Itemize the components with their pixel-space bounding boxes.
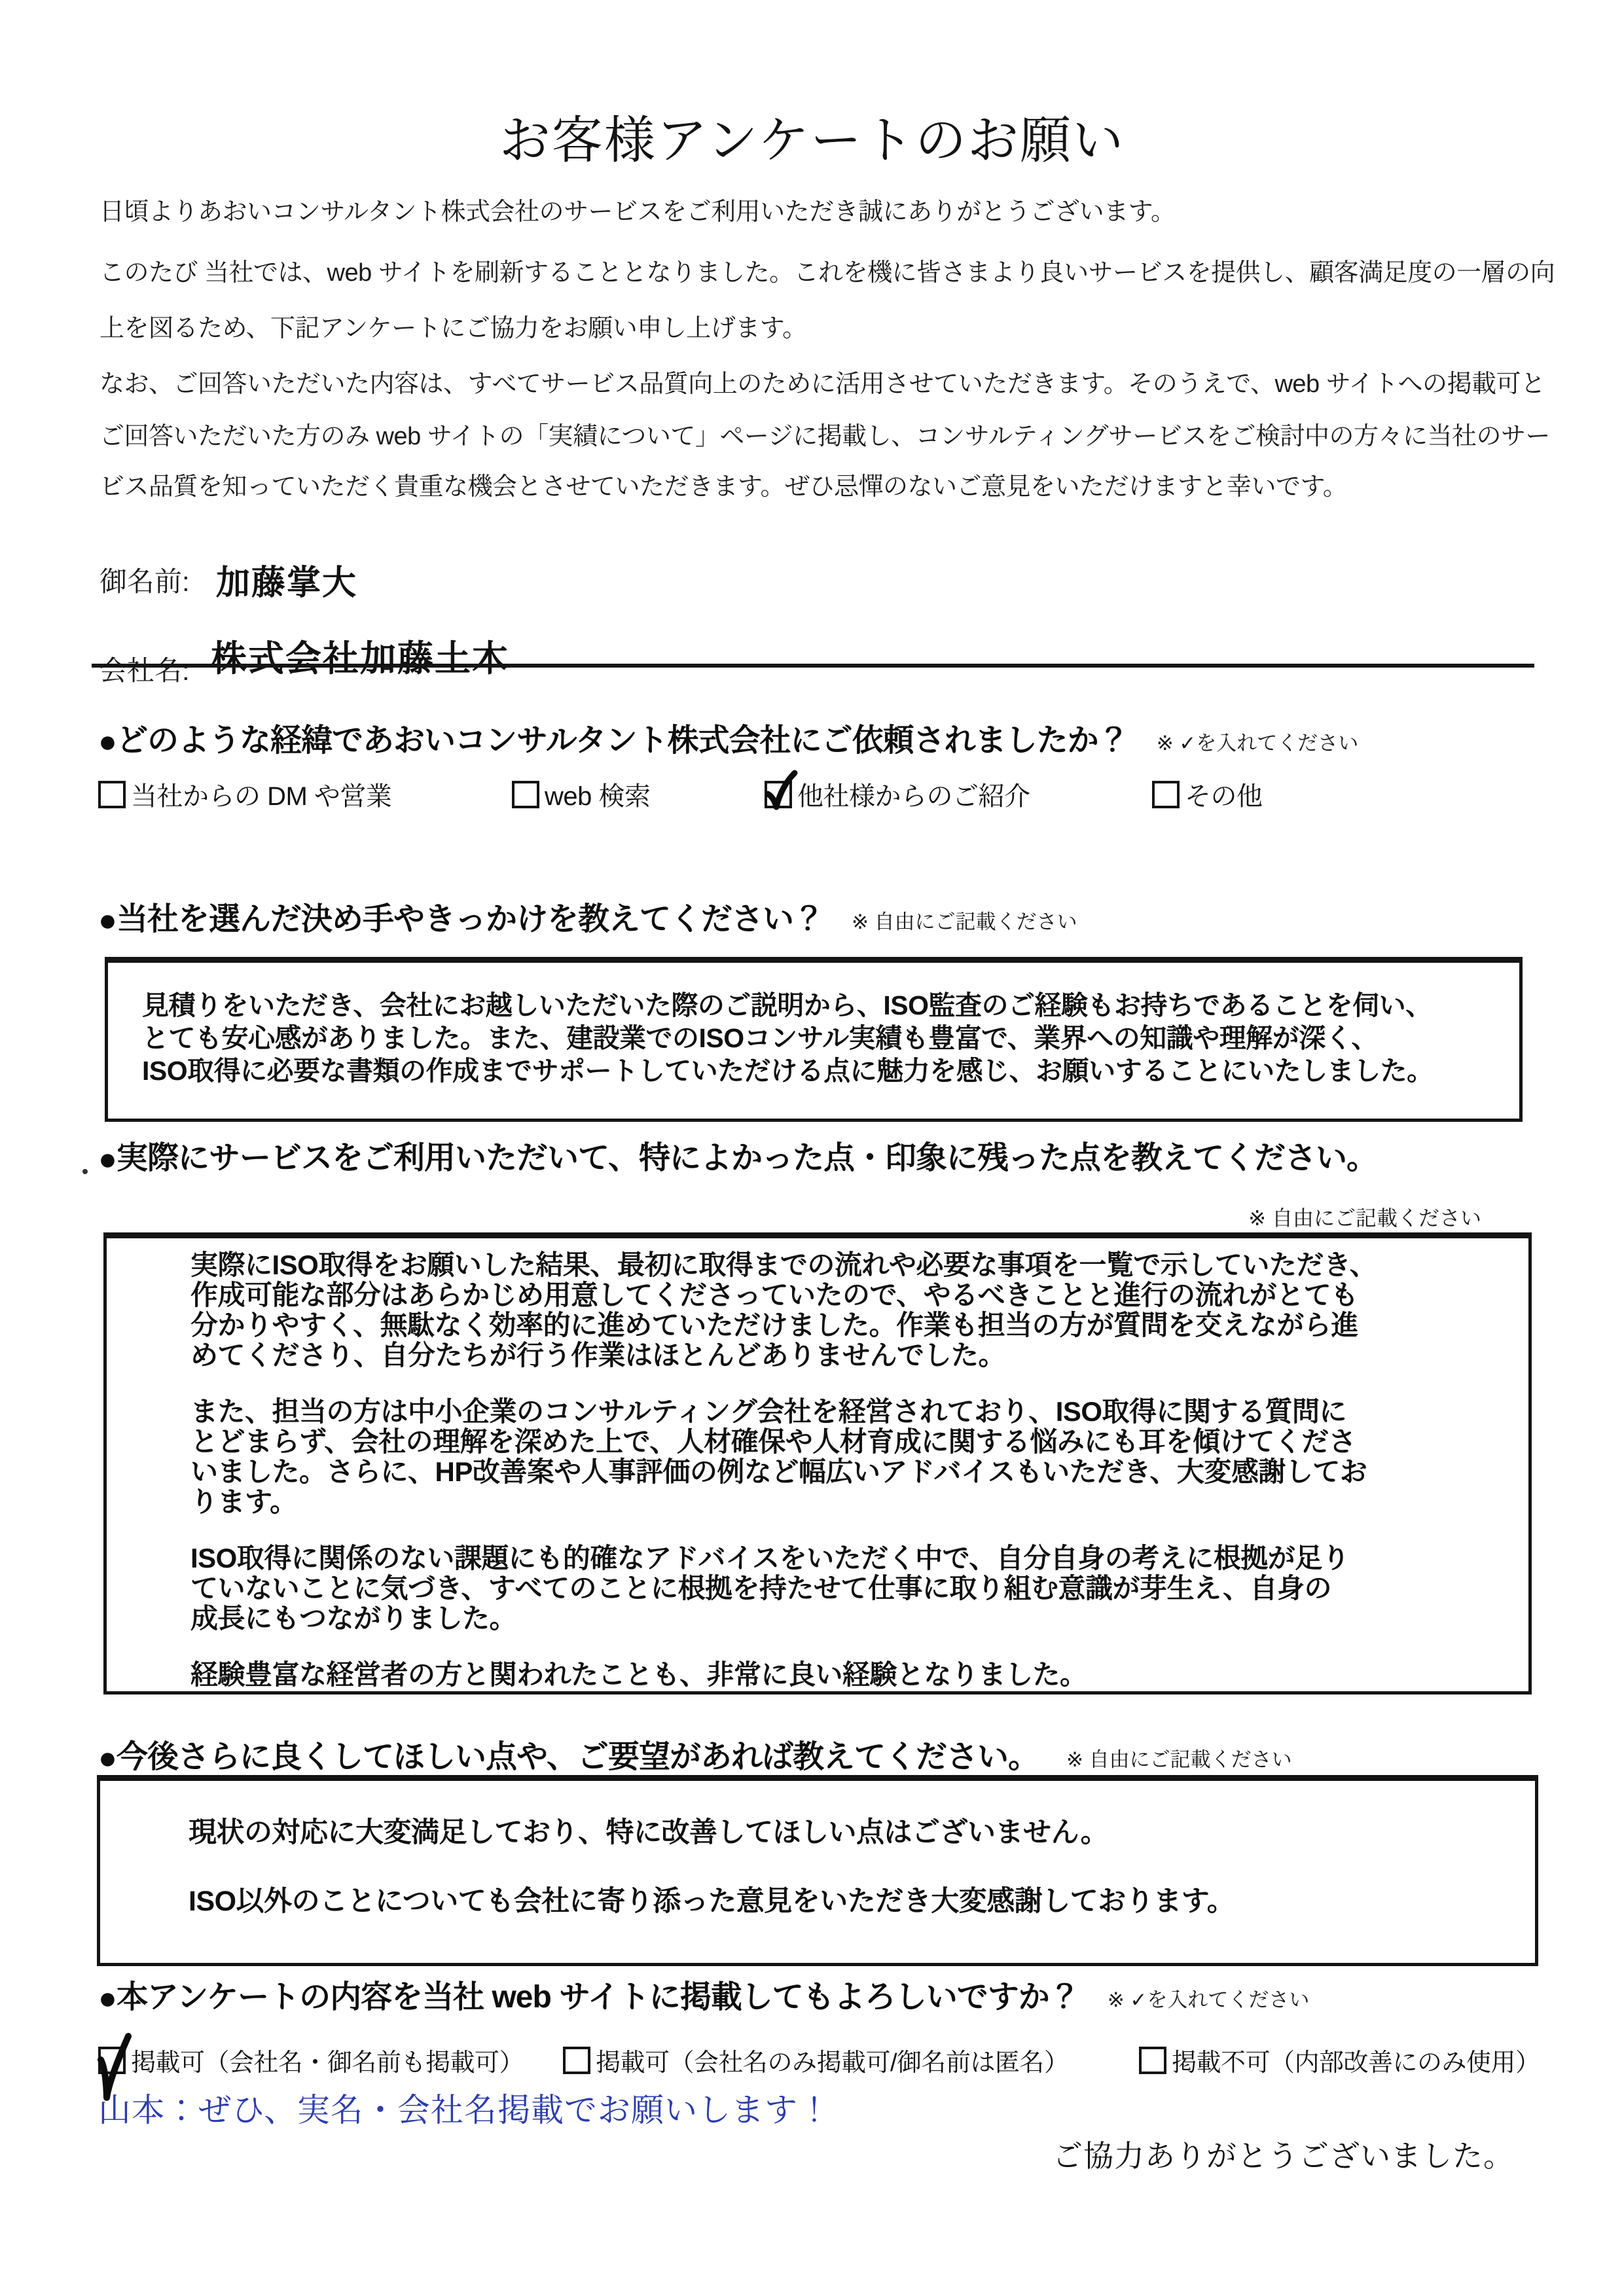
q5-heading: ●本アンケートの内容を当社 web サイトに掲載してもよろしいですか？ ※ ✓を… (98, 1971, 1564, 2017)
divider-line (92, 664, 1534, 668)
q4-answer-line: ISO以外のことについても会社に寄り添った意見をいただき大変感謝しております。 (189, 1886, 1515, 1916)
q3-answer-line: ります。 (190, 1487, 1509, 1517)
q1-heading: ●どのような経緯であおいコンサルタント株式会社にご依頼されましたか？ ※ ✓を入… (98, 715, 1564, 760)
q3-answer-paragraph: ISO取得に関係のない課題にも的確なアドバイスをいただく中で、自分自身の考えに根… (190, 1543, 1509, 1634)
closing-thanks: ご協力ありがとうございました。 (1053, 2132, 1514, 2176)
q2-answer-box[interactable]: 見積りをいただき、会社にお越しいただいた際のご説明から、ISO監査のご経験もお持… (105, 957, 1523, 1122)
q3-answer-line: 実際にISO取得をお願いした結果、最初に取得までの流れや必要な事項を一覧で示して… (190, 1250, 1509, 1280)
handwritten-check-icon (759, 768, 800, 816)
q1-option-web-search: web 検索 (512, 776, 651, 813)
handwritten-staff-note: 山本：ぜひ、実名・会社名掲載でお願いします！ (98, 2084, 1538, 2131)
q5-options-row: 掲載可（会社名・御名前も掲載可） 掲載可（会社名のみ掲載可/御名前は匿名） 掲載… (0, 2042, 1624, 2081)
q3-heading-text: 実際にサービスをご利用いただいて、特によかった点・印象に残った点を教えてください… (117, 1132, 1377, 1177)
q3-answer-line: いました。さらに、HP改善案や人事評価の例など幅広いアドバイスもいただき、大変感… (190, 1457, 1509, 1487)
q3-answer-line: 分かりやすく、無駄なく効率的に進めていただけました。作業も担当の方が質問を交えな… (190, 1310, 1509, 1340)
q1-options-row: 当社からの DM や営業 web 検索 他社様からのご紹介 その他 (0, 776, 1624, 815)
bullet-icon: ● (98, 1981, 117, 2017)
q3-answer-line: ISO取得に関係のない課題にも的確なアドバイスをいただく中で、自分自身の考えに根… (190, 1543, 1509, 1573)
q2-note: ※ 自由にご記載ください (852, 905, 1077, 939)
scan-artifact-dot (82, 1169, 88, 1174)
bullet-icon: ● (98, 903, 117, 939)
q1-option-dm: 当社からの DM や営業 (98, 776, 391, 813)
q1-checkbox-dm[interactable] (98, 781, 126, 808)
survey-page: お客様アンケートのお願い 日頃よりあおいコンサルタント株式会社のサービスをご利用… (0, 0, 1624, 2296)
q3-answer-line: 経験豊富な経営者の方と関われたことも、非常に良い経験となりました。 (190, 1660, 1509, 1690)
q4-answer-line: 現状の対応に大変満足しており、特に改善してほしい点はございません。 (189, 1818, 1515, 1848)
q1-option-label: 当社からの DM や営業 (131, 776, 391, 813)
q4-heading-text: 今後さらに良くしてほしい点や、ご要望があれば教えてください。 (117, 1731, 1039, 1776)
page-title: お客様アンケートのお願い (0, 99, 1624, 173)
q1-heading-text: どのような経緯であおいコンサルタント株式会社にご依頼されましたか？ (117, 715, 1129, 760)
name-label: 御名前: (99, 560, 190, 600)
q5-option-company-only: 掲載可（会社名のみ掲載可/御名前は匿名） (563, 2042, 1069, 2078)
q3-answer-line: ていないことに気づき、すべてのことに根拠を持たせて仕事に取り組む意識が芽生え、自… (190, 1573, 1509, 1604)
q1-option-referral: 他社様からのご紹介 (765, 776, 1030, 813)
q3-answer-box[interactable]: 実際にISO取得をお願いした結果、最初に取得までの流れや必要な事項を一覧で示して… (103, 1232, 1532, 1695)
q5-option-label: 掲載不可（内部改善にのみ使用） (1172, 2042, 1540, 2078)
q4-answer-box[interactable]: 現状の対応に大変満足しており、特に改善してほしい点はございません。 ISO以外の… (97, 1775, 1538, 1966)
q2-heading: ●当社を選んだ決め手やきっかけを教えてください？ ※ 自由にご記載ください (98, 893, 1564, 939)
intro-line: ご回答いただいた方のみ web サイトの「実績について」ページに掲載し、コンサル… (99, 416, 1540, 452)
q5-checkbox-no-permission[interactable] (1139, 2047, 1166, 2074)
q5-heading-text: 本アンケートの内容を当社 web サイトに掲載してもよろしいですか？ (117, 1971, 1080, 2017)
q5-option-no-permission: 掲載不可（内部改善にのみ使用） (1139, 2042, 1540, 2078)
q3-note: ※ 自由にご記載ください (1248, 1202, 1481, 1232)
company-label: 会社名: (99, 649, 190, 689)
q3-answer-line: 成長にもつながりました。 (190, 1604, 1509, 1634)
q3-answer-paragraph: 経験豊富な経営者の方と関われたことも、非常に良い経験となりました。 (190, 1660, 1509, 1690)
bullet-icon: ● (98, 724, 117, 760)
q1-checkbox-web-search[interactable] (512, 781, 539, 808)
intro-line: このたび 当社では、web サイトを刷新することとなりました。これを機に皆さまよ… (99, 252, 1540, 288)
q1-note: ※ ✓を入れてください (1157, 726, 1359, 760)
company-value: 株式会社加藤土木 (211, 630, 509, 681)
q2-answer-line: 見積りをいただき、会社にお越しいただいた際のご説明から、ISO監査のご経験もお持… (142, 989, 1500, 1022)
q1-option-label: その他 (1185, 776, 1263, 813)
q4-heading: ●今後さらに良くしてほしい点や、ご要望があれば教えてください。 ※ 自由にご記載… (98, 1731, 1564, 1776)
q5-note: ※ ✓を入れてください (1108, 1983, 1310, 2017)
q3-answer-paragraph: また、担当の方は中小企業のコンサルティング会社を経営されており、ISO取得に関す… (190, 1397, 1509, 1517)
q5-option-label: 掲載可（会社名・御名前も掲載可） (131, 2042, 524, 2078)
q3-heading: ●実際にサービスをご利用いただいて、特によかった点・印象に残った点を教えてくださ… (98, 1132, 1564, 1177)
q2-answer-line: ISO取得に必要な書類の作成までサポートしていただける点に魅力を感じ、お願いする… (142, 1054, 1500, 1087)
q4-note: ※ 自由にご記載ください (1066, 1743, 1292, 1776)
q3-answer-line: めてくださり、自分たちが行う作業はほとんどありませんでした。 (190, 1340, 1509, 1371)
q2-answer-line: とても安心感がありました。また、建設業でのISOコンサル実績も豊富で、業界への知… (142, 1022, 1500, 1054)
intro-line: 日頃よりあおいコンサルタント株式会社のサービスをご利用いただき誠にありがとうござ… (99, 191, 1540, 227)
q3-answer-line: また、担当の方は中小企業のコンサルティング会社を経営されており、ISO取得に関す… (190, 1397, 1509, 1427)
name-value: 加藤掌大 (216, 555, 357, 604)
q5-option-full-permission: 掲載可（会社名・御名前も掲載可） (98, 2042, 524, 2078)
q3-answer-line: 作成可能な部分はあらかじめ用意してくださっていたので、やるべきことと進行の流れが… (190, 1280, 1509, 1310)
bullet-icon: ● (98, 1740, 117, 1776)
q1-checkbox-other[interactable] (1152, 781, 1180, 808)
q3-answer-line: とどまらず、会社の理解を深めた上で、人材確保や人材育成に関する悩みにも耳を傾けて… (190, 1427, 1509, 1457)
q5-option-label: 掲載可（会社名のみ掲載可/御名前は匿名） (596, 2042, 1069, 2078)
bullet-icon: ● (98, 1141, 117, 1177)
q1-option-label: web 検索 (545, 776, 651, 813)
q1-checkbox-referral[interactable] (765, 781, 792, 808)
intro-line: 上を図るため、下記アンケートにご協力をお願い申し上げます。 (99, 308, 1540, 344)
intro-line: なお、ご回答いただいた内容は、すべてサービス品質向上のために活用させていただきま… (99, 363, 1540, 399)
q5-checkbox-company-only[interactable] (563, 2047, 590, 2074)
q2-heading-text: 当社を選んだ決め手やきっかけを教えてください？ (117, 893, 824, 939)
q5-checkbox-full-permission[interactable] (98, 2047, 126, 2074)
q3-answer-paragraph: 実際にISO取得をお願いした結果、最初に取得までの流れや必要な事項を一覧で示して… (190, 1250, 1509, 1371)
q1-option-other: その他 (1152, 776, 1263, 813)
intro-line: ビス品質を知っていただく貴重な機会とさせていただきます。ぜひ忌憚のないご意見をい… (99, 466, 1540, 502)
q1-option-label: 他社様からのご紹介 (797, 776, 1030, 813)
